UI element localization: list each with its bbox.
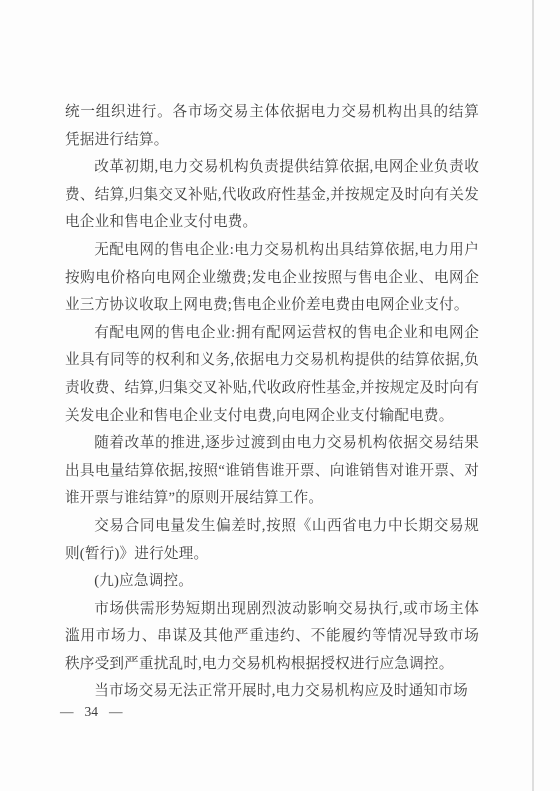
paragraph-section-heading: (九)应急调控。 [65,568,479,596]
paragraph: 改革初期,电力交易机构负责提供结算依据,电网企业负责收费、结算,归集交叉补贴,代… [65,154,479,237]
paragraph: 无配电网的售电企业:电力交易机构出具结算依据,电力用户按购电价格向电网企业缴费;… [65,237,479,320]
paragraph-continuation: 统一组织进行。各市场交易主体依据电力交易机构出具的结算凭据进行结算。 [65,99,479,154]
paragraph: 市场供需形势短期出现剧烈波动影响交易执行,或市场主体滥用市场力、串谋及其他严重违… [65,596,479,679]
document-page: 统一组织进行。各市场交易主体依据电力交易机构出具的结算凭据进行结算。 改革初期,… [0,0,560,791]
page-number-right-dash: — [109,704,123,720]
paragraph: 交易合同电量发生偏差时,按照《山西省电力中长期交易规则(暂行)》进行处理。 [65,513,479,568]
paragraph: 有配电网的售电企业:拥有配网运营权的售电企业和电网企业具有同等的权利和义务,依据… [65,320,479,430]
scan-edge-line [532,0,534,791]
page-number-left-dash: — [60,704,74,720]
page-number-value: 34 [85,704,99,720]
paragraph: 当市场交易无法正常开展时,电力交易机构应及时通知市场 [65,678,479,706]
document-body: 统一组织进行。各市场交易主体依据电力交易机构出具的结算凭据进行结算。 改革初期,… [65,99,479,706]
page-number: — 34 — [60,704,123,720]
paragraph: 随着改革的推进,逐步过渡到由电力交易机构依据交易结果出具电量结算依据,按照“谁销… [65,430,479,513]
